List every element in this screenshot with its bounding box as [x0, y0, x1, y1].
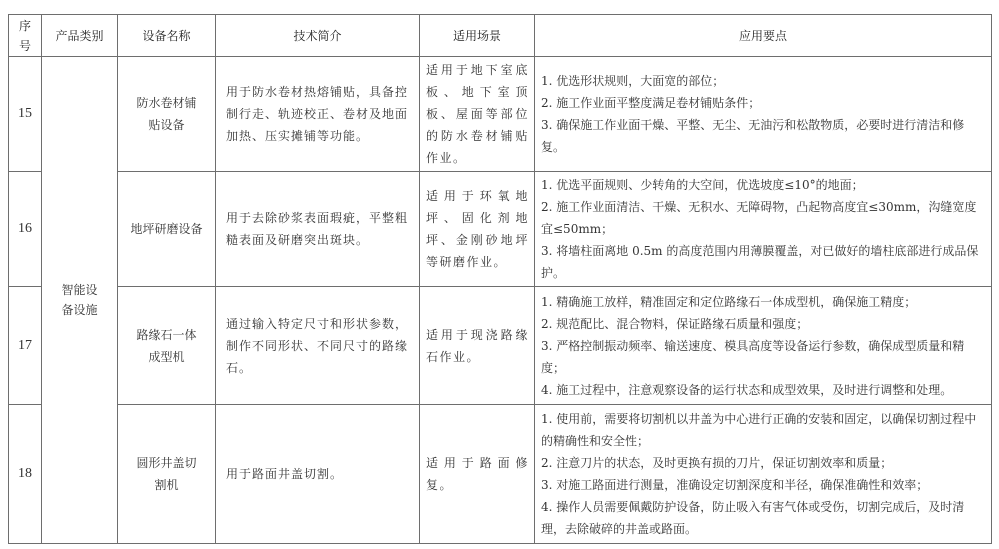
- points: 1. 精确施工放样，精准固定和定位路缘石一体成型机，确保施工精度； 2. 规范配…: [535, 287, 992, 405]
- row-no: 15: [9, 57, 42, 172]
- table-row: 17 路缘石一体成型机 通过输入特定尺寸和形状参数，制作不同形状、不同尺寸的路缘…: [9, 287, 992, 405]
- point-item: 3. 严格控制振动频率、输送速度、模具高度等设备运行参数，确保成型质量和精度；: [541, 335, 983, 379]
- point-item: 4. 施工过程中，注意观察设备的运行状态和成型效果，及时进行调整和处理。: [541, 379, 983, 401]
- point-item: 2. 规范配比、混合物料，保证路缘石质量和强度；: [541, 313, 983, 335]
- equipment-name-text: 圆形井盖切割机: [118, 452, 215, 496]
- tech-desc: 用于去除砂浆表面瑕疵，平整粗糙表面及研磨突出斑块。: [216, 172, 420, 287]
- row-no: 17: [9, 287, 42, 405]
- category-cell: 智能设备设施: [42, 57, 118, 544]
- equipment-name: 地坪研磨设备: [118, 172, 216, 287]
- header-scene: 适用场景: [420, 15, 535, 57]
- scene: 适用于地下室底板、地下室顶板、屋面等部位的防水卷材铺贴作业。: [420, 57, 535, 172]
- equipment-name-text: 路缘石一体成型机: [118, 324, 215, 368]
- row-no: 18: [9, 405, 42, 544]
- point-item: 4. 操作人员需要佩戴防护设备，防止吸入有害气体或受伤，切割完成后，及时清理，去…: [541, 496, 983, 540]
- point-item: 2. 施工作业面平整度满足卷材铺贴条件；: [541, 92, 983, 114]
- header-row: 序号 产品类别 设备名称 技术简介 适用场景 应用要点: [9, 15, 992, 57]
- header-no: 序号: [9, 15, 42, 57]
- equipment-name-text: 地坪研磨设备: [118, 218, 215, 240]
- points: 1. 优选形状规则，大面宽的部位； 2. 施工作业面平整度满足卷材铺贴条件； 3…: [535, 57, 992, 172]
- scene: 适用于路面修复。: [420, 405, 535, 544]
- points: 1. 使用前，需要将切割机以井盖为中心进行正确的安装和固定，以确保切割过程中的精…: [535, 405, 992, 544]
- header-category: 产品类别: [42, 15, 118, 57]
- point-item: 1. 优选平面规则、少转角的大空间，优选坡度≤10°的地面；: [541, 174, 983, 196]
- point-item: 1. 精确施工放样，精准固定和定位路缘石一体成型机，确保施工精度；: [541, 291, 983, 313]
- equipment-name: 路缘石一体成型机: [118, 287, 216, 405]
- table-row: 15 智能设备设施 防水卷材铺贴设备 用于防水卷材热熔铺贴，具备控制行走、轨迹校…: [9, 57, 992, 172]
- header-desc: 技术简介: [216, 15, 420, 57]
- scene: 适用于现浇路缘石作业。: [420, 287, 535, 405]
- header-name: 设备名称: [118, 15, 216, 57]
- tech-desc: 用于防水卷材热熔铺贴，具备控制行走、轨迹校正、卷材及地面加热、压实摊铺等功能。: [216, 57, 420, 172]
- equipment-name-text: 防水卷材铺贴设备: [118, 92, 215, 136]
- tech-desc: 通过输入特定尺寸和形状参数，制作不同形状、不同尺寸的路缘石。: [216, 287, 420, 405]
- point-item: 3. 确保施工作业面干燥、平整、无尘、无油污和松散物质，必要时进行清洁和修复。: [541, 114, 983, 158]
- scene: 适用于环氧地坪、固化剂地坪、金刚砂地坪等研磨作业。: [420, 172, 535, 287]
- point-item: 3. 对施工路面进行测量，准确设定切割深度和半径，确保准确性和效率；: [541, 474, 983, 496]
- header-points: 应用要点: [535, 15, 992, 57]
- table-row: 16 地坪研磨设备 用于去除砂浆表面瑕疵，平整粗糙表面及研磨突出斑块。 适用于环…: [9, 172, 992, 287]
- row-no: 16: [9, 172, 42, 287]
- point-item: 1. 使用前，需要将切割机以井盖为中心进行正确的安装和固定，以确保切割过程中的精…: [541, 408, 983, 452]
- table-row: 18 圆形井盖切割机 用于路面井盖切割。 适用于路面修复。 1. 使用前，需要将…: [9, 405, 992, 544]
- point-item: 3. 将墙柱面离地 0.5m 的高度范围内用薄膜覆盖，对已做好的墙柱底部进行成品…: [541, 240, 983, 284]
- equipment-table: 序号 产品类别 设备名称 技术简介 适用场景 应用要点 15 智能设备设施 防水…: [8, 14, 992, 544]
- category-label: 智能设备设施: [42, 280, 117, 320]
- equipment-name: 防水卷材铺贴设备: [118, 57, 216, 172]
- points: 1. 优选平面规则、少转角的大空间，优选坡度≤10°的地面； 2. 施工作业面清…: [535, 172, 992, 287]
- point-item: 2. 施工作业面清洁、干燥、无积水、无障碍物，凸起物高度宜≤30mm，沟缝宽度宜…: [541, 196, 983, 240]
- point-item: 1. 优选形状规则，大面宽的部位；: [541, 70, 983, 92]
- point-item: 2. 注意刀片的状态，及时更换有损的刀片，保证切割效率和质量；: [541, 452, 983, 474]
- tech-desc: 用于路面井盖切割。: [216, 405, 420, 544]
- equipment-name: 圆形井盖切割机: [118, 405, 216, 544]
